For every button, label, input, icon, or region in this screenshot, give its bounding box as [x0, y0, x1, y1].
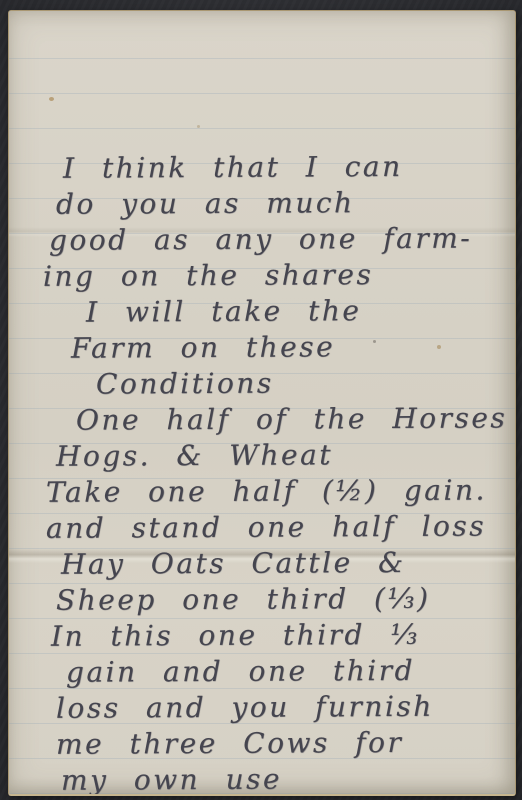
letter-line: Hay Oats Cattle &: [9, 544, 515, 583]
letter-line: loss and you furnish: [9, 688, 515, 727]
letter-line: I think that I can: [9, 148, 515, 187]
letter-line: gain and one third: [9, 652, 515, 691]
letter-line: ing on the shares: [9, 256, 515, 295]
letter-line: Conditions: [9, 364, 515, 403]
letter-line: my own use: [9, 760, 515, 796]
letter-line: good as any one farm-: [9, 220, 515, 259]
letter-line: In this one third ⅓: [9, 616, 515, 655]
photo-background: I think that I can do you as much good a…: [0, 0, 522, 800]
paper-speck: [197, 125, 200, 128]
letter-line: Farm on these: [9, 328, 515, 367]
letter-line: and stand one half loss: [9, 508, 515, 547]
letter-text: I think that I can do you as much good a…: [9, 151, 515, 796]
letter-line: Take one half (½) gain.: [9, 472, 515, 511]
letter-line: One half of the Horses: [9, 400, 515, 439]
paper-speck: [49, 97, 54, 101]
letter-line: do you as much: [9, 184, 515, 223]
letter-line: Hogs. & Wheat: [9, 436, 515, 475]
letter-line: I will take the: [9, 292, 515, 331]
letter-line: Sheep one third (⅓): [9, 580, 515, 619]
letter-page: I think that I can do you as much good a…: [8, 10, 516, 796]
letter-line: me three Cows for: [9, 724, 515, 763]
